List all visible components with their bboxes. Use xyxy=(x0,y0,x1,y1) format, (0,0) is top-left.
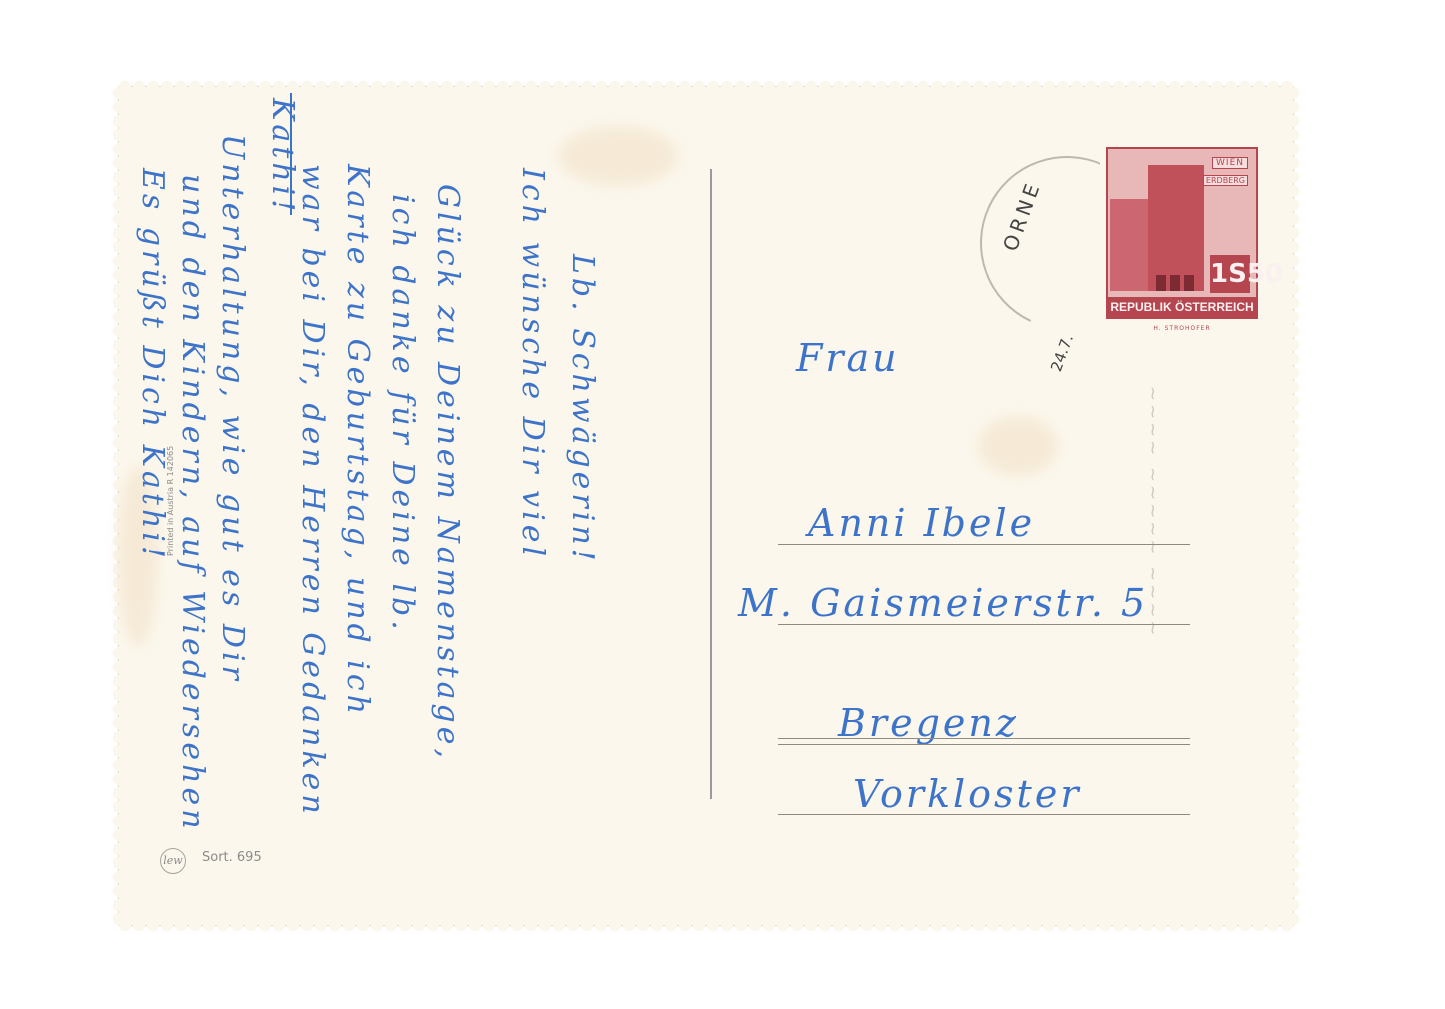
address-rule xyxy=(778,738,1190,739)
address-salutation: Frau xyxy=(796,336,900,380)
publisher-logo: lew xyxy=(160,848,186,874)
deckle-edge-bottom xyxy=(118,925,1294,933)
stamp-district: ERDBERG xyxy=(1203,175,1248,186)
stamp-image: WIEN ERDBERG 1S50 REPUBLIK ÖSTERREICH xyxy=(1106,147,1258,319)
message-line: Es grüßt Dich Kathi! xyxy=(135,168,170,562)
deckle-edge-top xyxy=(118,79,1294,87)
message-line: Unterhaltung, wie gut es Dir xyxy=(215,134,250,684)
address-rule xyxy=(778,624,1190,625)
stamp-country: REPUBLIK ÖSTERREICH xyxy=(1108,297,1256,317)
message-line: ich danke für Deine lb. xyxy=(385,194,420,634)
postmark-date: 24.7. xyxy=(1047,332,1077,374)
postcard: Kathi! Lb. Schwägerin! Ich wünsche Dir v… xyxy=(118,86,1294,926)
stamp-tower-illustration xyxy=(1148,165,1204,291)
message-line: war bei Dir, den Herren Gedanken xyxy=(295,164,330,818)
paper-stain xyxy=(978,416,1058,476)
address-rule xyxy=(778,744,1190,745)
stamp-value: 1S50 xyxy=(1210,255,1250,293)
stamp-house-illustration xyxy=(1110,199,1148,291)
address-rule xyxy=(778,814,1190,815)
stamp-engraver: H. STROHOFER xyxy=(1100,325,1264,332)
postage-stamp: WIEN ERDBERG 1S50 REPUBLIK ÖSTERREICH H.… xyxy=(1100,141,1264,333)
deckle-edge-left xyxy=(111,86,119,926)
message-line: Lb. Schwägerin! xyxy=(565,254,600,565)
address-district: Vorkloster xyxy=(853,772,1081,816)
printer-mark: Printed in Austria R 142065 xyxy=(166,446,175,556)
message-line: Glück zu Deinem Namenstage, xyxy=(430,184,465,762)
message-line: Karte zu Geburtstag, und ich xyxy=(340,164,375,718)
address-name: Anni Ibele xyxy=(808,501,1035,545)
message-line: und den Kindern, auf Wiedersehen xyxy=(175,174,210,833)
deckle-edge-right xyxy=(1293,86,1301,926)
center-divider xyxy=(710,169,712,799)
series-label: Sort. 695 xyxy=(202,850,262,865)
paper-stain xyxy=(558,126,678,186)
message-line: Ich wünsche Dir viel xyxy=(515,168,550,560)
address-rule xyxy=(778,544,1190,545)
address-street: M. Gaismeierstr. 5 xyxy=(738,581,1148,625)
stamp-city: WIEN xyxy=(1212,157,1248,169)
